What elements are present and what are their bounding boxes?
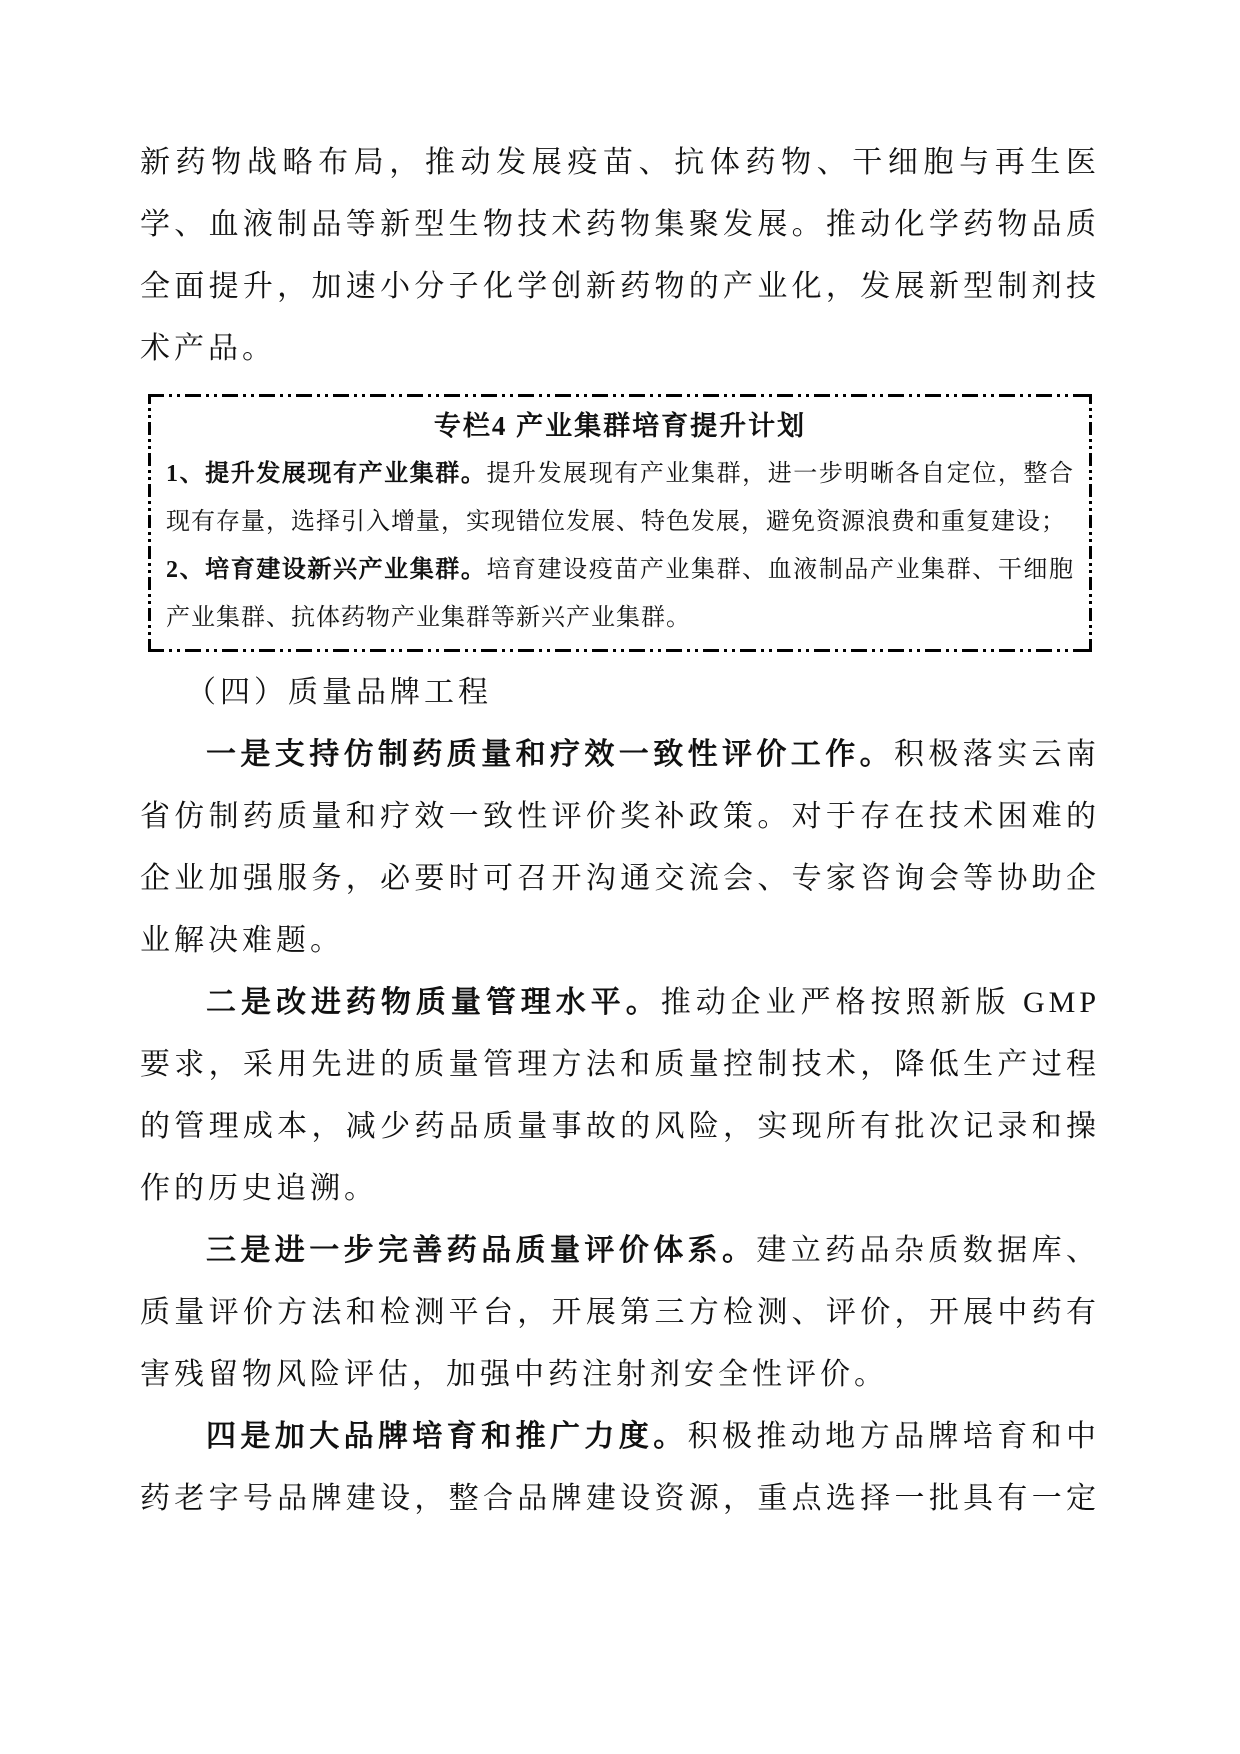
callout-box: 专栏4 产业集群培育提升计划 1、提升发展现有产业集群。提升发展现有产业集群，进… <box>148 394 1092 652</box>
paragraph-4-lead: 四是加大品牌培育和推广力度。 <box>206 1420 688 1453</box>
section-heading: （四）质量品牌工程 <box>140 662 1100 724</box>
paragraph-2: 二是改进药物质量管理水平。推动企业严格按照新版 GMP 要求，采用先进的质量管理… <box>140 972 1100 1220</box>
callout-box-title: 专栏4 产业集群培育提升计划 <box>166 402 1074 450</box>
intro-paragraph: 新药物战略布局，推动发展疫苗、抗体药物、干细胞与再生医学、血液制品等新型生物技术… <box>140 132 1100 380</box>
paragraph-4: 四是加大品牌培育和推广力度。积极推动地方品牌培育和中药老字号品牌建设，整合品牌建… <box>140 1406 1100 1530</box>
callout-item: 1、提升发展现有产业集群。提升发展现有产业集群，进一步明晰各自定位，整合现有存量… <box>166 450 1074 546</box>
callout-item: 2、培育建设新兴产业集群。培育建设疫苗产业集群、血液制品产业集群、干细胞产业集群… <box>166 546 1074 642</box>
paragraph-3-lead: 三是进一步完善药品质量评价体系。 <box>206 1234 756 1267</box>
paragraph-1-lead: 一是支持仿制药质量和疗效一致性评价工作。 <box>206 738 894 771</box>
callout-item-lead: 1、提升发展现有产业集群。 <box>166 461 486 487</box>
paragraph-3: 三是进一步完善药品质量评价体系。建立药品杂质数据库、质量评价方法和检测平台，开展… <box>140 1220 1100 1406</box>
paragraph-1: 一是支持仿制药质量和疗效一致性评价工作。积极落实云南省仿制药质量和疗效一致性评价… <box>140 724 1100 972</box>
document-page: 新药物战略布局，推动发展疫苗、抗体药物、干细胞与再生医学、血液制品等新型生物技术… <box>0 0 1240 1754</box>
callout-item-lead: 2、培育建设新兴产业集群。 <box>166 557 486 583</box>
paragraph-2-lead: 二是改进药物质量管理水平。 <box>206 986 661 1019</box>
